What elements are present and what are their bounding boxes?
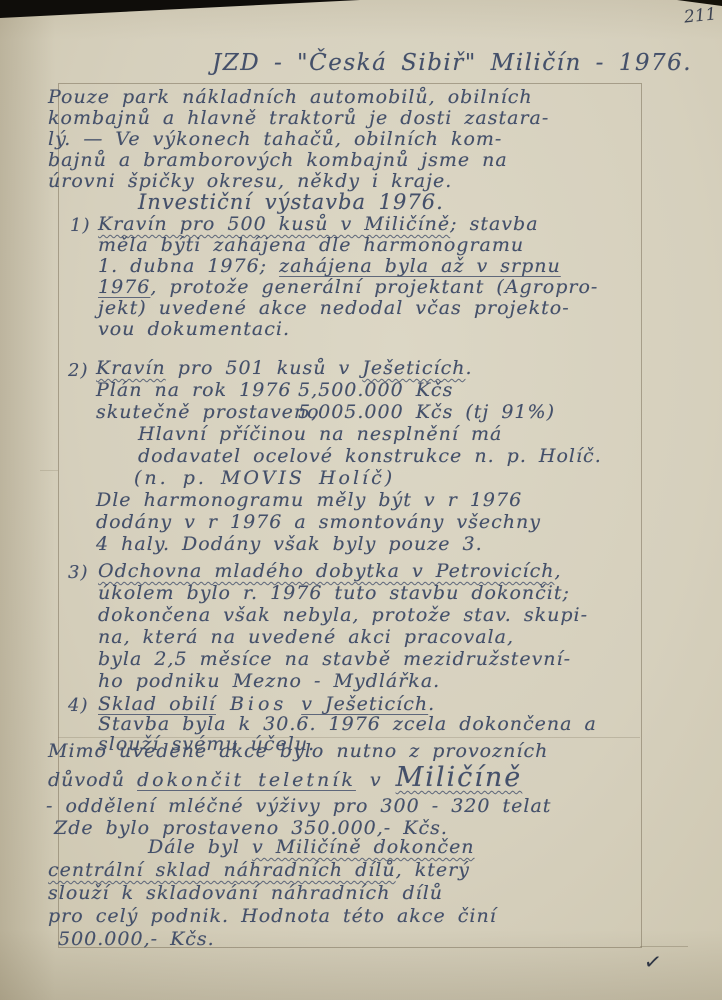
handwritten-line: centrální sklad náhradních dílů, který: [48, 859, 497, 882]
list-item-1: Kravín pro 500 kusů v Miličíně; stavba m…: [98, 213, 598, 339]
list-marker-4: 4): [68, 695, 88, 716]
handwritten-line: Dále byl v Miličíně dokončen: [48, 836, 497, 859]
handwritten-line: úkolem bylo r. 1976 tuto stavbu dokončit…: [98, 582, 588, 604]
handwritten-line: ho podniku Mezno - Mydlářka.: [98, 670, 588, 692]
text: , který: [396, 859, 470, 881]
checkmark-icon: ✓: [642, 949, 663, 976]
handwritten-line: úrovni špičky okresu, někdy i kraje.: [48, 170, 549, 191]
handwritten-line: 4 haly. Dodány však byly pouze 3.: [96, 533, 602, 555]
handwritten-line: 1. dubna 1976; zahájena byla až v srpnu: [98, 255, 598, 276]
underlined-text: Odchovna mladého dobytka v Petrovicích: [98, 560, 554, 582]
underlined-text: v Ješeticích: [301, 693, 428, 715]
underlined-text: dokončit teletník: [137, 769, 356, 791]
actual-amount: 5,005.000 Kčs (tj 91%): [298, 401, 555, 423]
underlined-text: 1976: [98, 276, 150, 298]
handwritten-line: Dle harmonogramu měly být v r 1976: [96, 489, 602, 511]
handwritten-line: jekt) uvedené akce nedodal včas projekto…: [98, 297, 598, 318]
handwritten-line: pro celý podnik. Hodnota této akce činí: [48, 905, 497, 928]
list-item-3: Odchovna mladého dobytka v Petrovicích, …: [98, 560, 588, 692]
list-marker-1: 1): [70, 215, 90, 236]
handwritten-line: - oddělení mléčné výživy pro 300 - 320 t…: [46, 795, 551, 817]
handwritten-line: kombajnů a hlavně traktorů je dosti zast…: [48, 107, 549, 128]
handwritten-line: skutečně prostaveno5,005.000 Kčs (tj 91%…: [96, 401, 602, 423]
handwritten-line: Sklad obilíBiosv Ješeticích.: [98, 693, 597, 713]
underlined-text: Kravín pro 500 kusů v Miličíně: [98, 213, 450, 235]
text: v: [370, 769, 382, 791]
handwritten-line: Plán na rok 19765,500.000 Kčs: [96, 379, 602, 401]
handwritten-line: měla býti zahájena dle harmonogramu: [98, 234, 598, 255]
text: důvodů: [48, 769, 137, 791]
underlined-text: v Miličíně dokončen: [252, 836, 475, 858]
document-title: JZD - "Česká Sibiř" Miličín - 1976.: [212, 50, 692, 76]
list-item-2: Kravín pro 501 kusů v Ješeticích. Plán n…: [96, 357, 602, 555]
handwritten-line: Mimo uvedené akce bylo nutno z provozníc…: [48, 740, 548, 762]
handwritten-line: bajnů a bramborových kombajnů jsme na: [48, 149, 549, 170]
underlined-text: Ješeticích: [362, 357, 465, 379]
underlined-text: Miličíně: [396, 762, 523, 793]
text: 1. dubna 1976;: [98, 255, 279, 277]
text: .: [465, 357, 472, 379]
actual-label: skutečně prostaveno: [96, 401, 298, 423]
paragraph-intro: Pouze park nákladních automobilů, obilní…: [48, 86, 549, 191]
handwritten-line: dodavatel ocelové konstrukce n. p. Holíč…: [96, 445, 602, 467]
text: ,: [554, 560, 561, 582]
handwritten-line: byla 2,5 měsíce na stavbě mezidružstevní…: [98, 648, 588, 670]
list-marker-3: 3): [68, 562, 88, 583]
handwritten-line: (n. p. MOVIS Holíč): [96, 467, 602, 489]
handwritten-line: vou dokumentaci.: [98, 318, 598, 339]
handwritten-line: slouží k skladování náhradních dílů: [48, 882, 497, 905]
list-marker-2: 2): [68, 360, 88, 381]
page-number: 211: [683, 4, 717, 27]
text: , protože generální projektant (Agropro-: [150, 276, 598, 298]
handwritten-line: lý. — Ve výkonech tahačů, obilních kom-: [48, 128, 549, 149]
page-edge-shadow-top-left: [0, 0, 360, 20]
underlined-text: centrální sklad náhradních dílů: [48, 859, 396, 881]
handwritten-line: Odchovna mladého dobytka v Petrovicích,: [98, 560, 588, 582]
text: pro 501 kusů v: [166, 357, 363, 379]
section-heading: Investiční výstavba 1976.: [138, 190, 444, 214]
handwritten-line: dodány v r 1976 a smontovány všechny: [96, 511, 602, 533]
text: Dále byl: [148, 836, 252, 858]
handwritten-line: Hlavní příčinou na nesplnění má: [96, 423, 602, 445]
handwritten-line: Kravín pro 501 kusů v Ješeticích.: [96, 357, 602, 379]
handwritten-line: dokončena však nebyla, protože stav. sku…: [98, 604, 588, 626]
plan-label: Plán na rok 1976: [96, 379, 298, 401]
underlined-text: zahájena byla až v srpnu: [279, 255, 561, 277]
handwritten-line: Kravín pro 500 kusů v Miličíně; stavba: [98, 213, 598, 234]
photo-of-chronicle-page: 211 JZD - "Česká Sibiř" Miličín - 1976. …: [0, 0, 722, 1000]
ruled-line-bottom-extension: [640, 946, 688, 947]
text: .: [428, 693, 435, 715]
underlined-text: Sklad obilí: [98, 693, 216, 715]
handwritten-line: Stavba byla k 30.6. 1976 zcela dokončena…: [98, 713, 597, 733]
paragraph-final: Dále byl v Miličíně dokončen centrální s…: [48, 836, 497, 951]
paper: 211 JZD - "Česká Sibiř" Miličín - 1976. …: [0, 0, 722, 1000]
handwritten-line: na, která na uvedené akci pracovala,: [98, 626, 588, 648]
handwritten-line: 500.000,- Kčs.: [48, 928, 497, 951]
text: ; stavba: [450, 213, 538, 235]
handwritten-line: důvodů dokončit teletníkvMiličíně: [48, 762, 522, 793]
ruled-tick-left-margin: [40, 470, 58, 471]
handwritten-line: Pouze park nákladních automobilů, obilní…: [48, 86, 549, 107]
underlined-text: Kravín: [96, 357, 166, 379]
text: Bios: [230, 693, 287, 715]
plan-amount: 5,500.000 Kčs: [298, 379, 453, 401]
handwritten-line: 1976, protože generální projektant (Agro…: [98, 276, 598, 297]
